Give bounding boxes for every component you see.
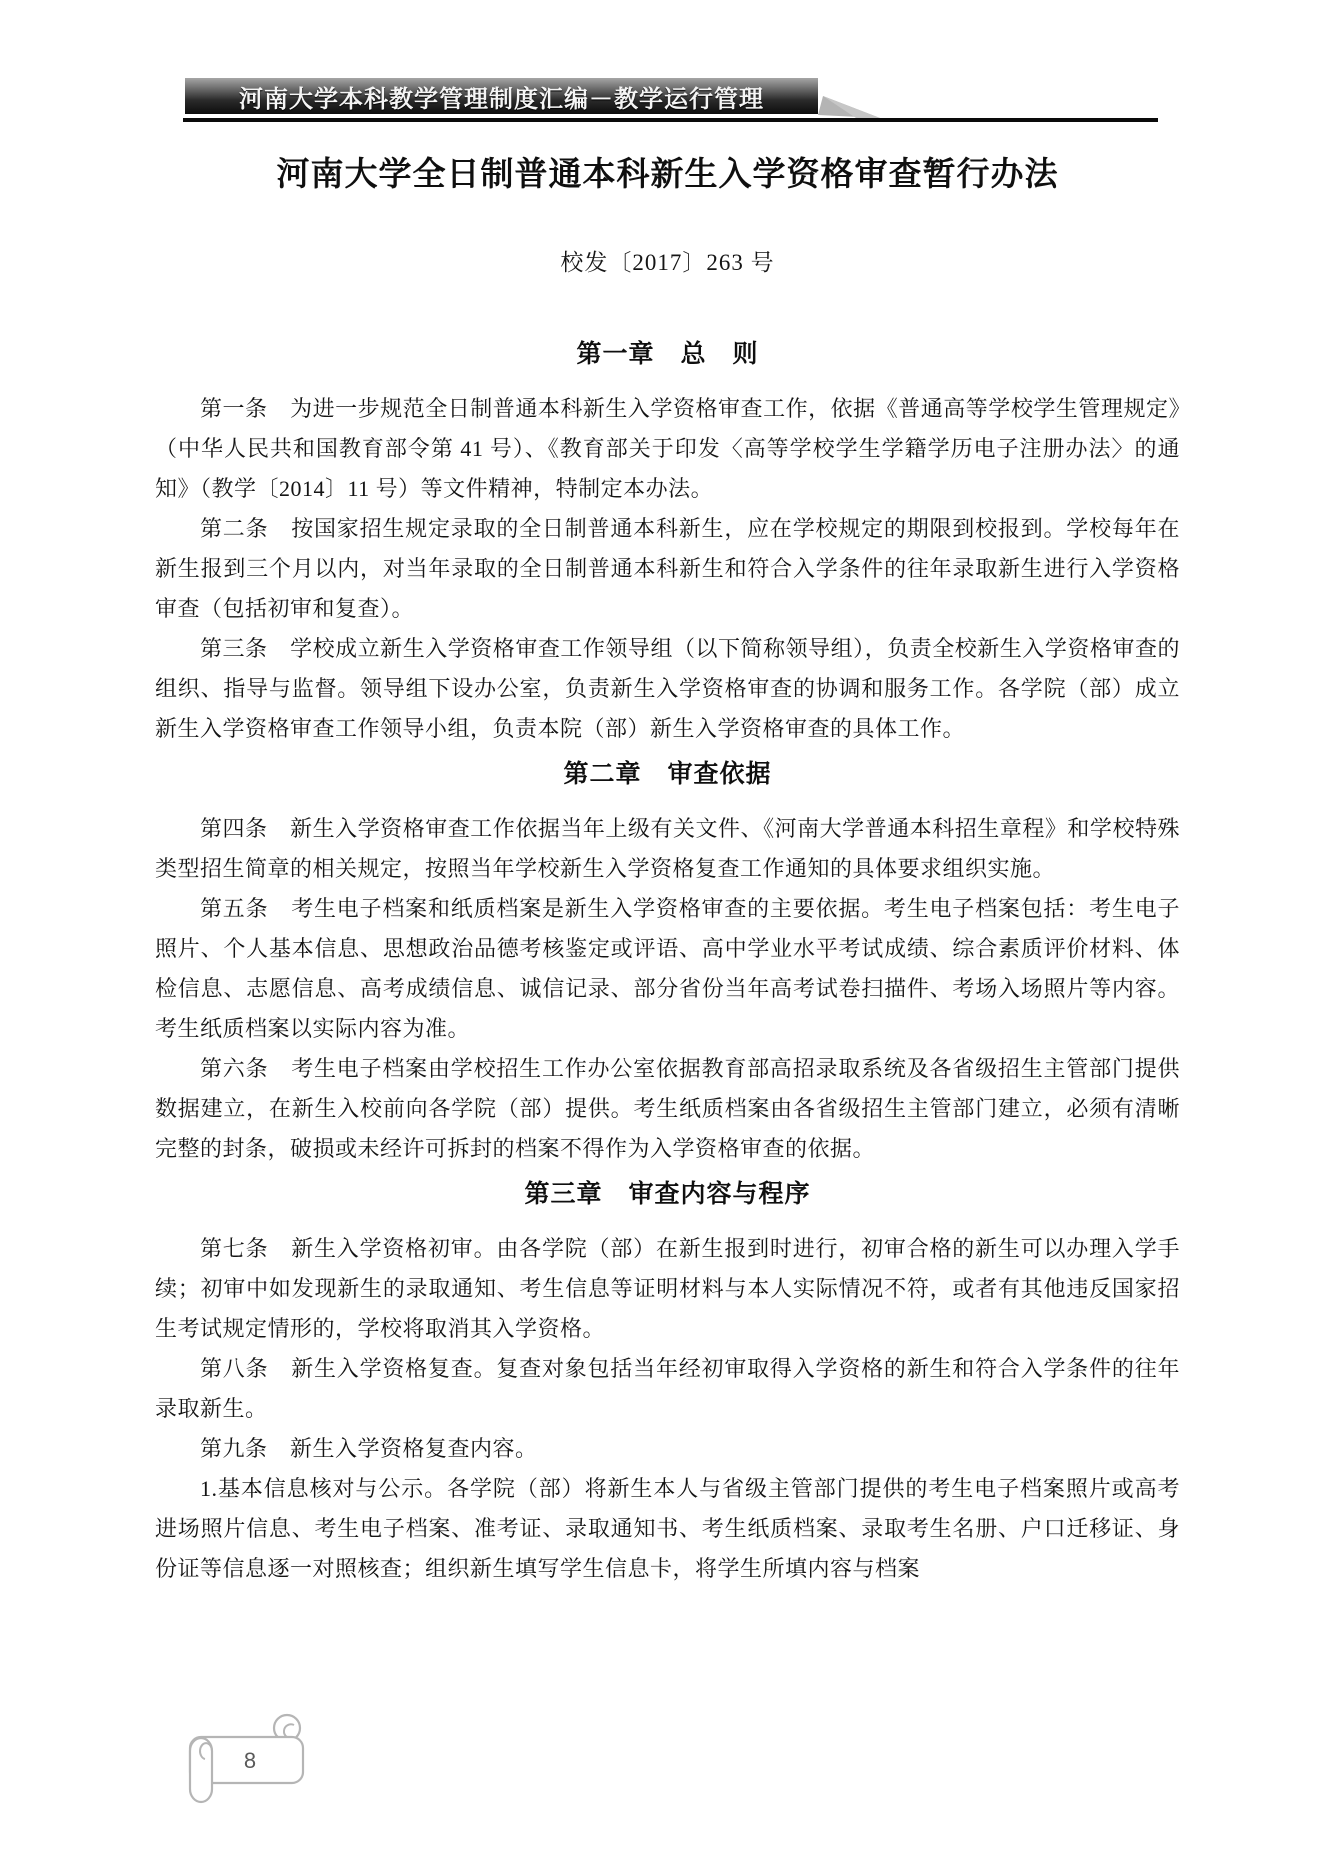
page-number: 8 <box>244 1748 256 1773</box>
paragraph-article-4: 第四条 新生入学资格审查工作依据当年上级有关文件、《河南大学普通本科招生章程》和… <box>155 809 1180 889</box>
paragraph-article-2: 第二条 按国家招生规定录取的全日制普通本科新生，应在学校规定的期限到校报到。学校… <box>155 509 1180 629</box>
header-rule-line <box>183 118 1158 122</box>
chapter-2-heading: 第二章 审查依据 <box>155 757 1180 791</box>
header-banner-title: 河南大学本科教学管理制度汇编－教学运行管理 <box>239 79 764 114</box>
page-number-scroll-icon: 8 <box>180 1710 315 1810</box>
paragraph-article-9: 第九条 新生入学资格复查内容。 <box>155 1429 1180 1469</box>
chapter-1-heading: 第一章 总 则 <box>155 337 1180 371</box>
banner-fold-arrow-icon <box>818 93 882 121</box>
paragraph-item-1: 1.基本信息核对与公示。各学院（部）将新生本人与省级主管部门提供的考生电子档案照… <box>155 1469 1180 1589</box>
document-number: 校发〔2017〕263 号 <box>155 247 1180 279</box>
paragraph-article-5: 第五条 考生电子档案和纸质档案是新生入学资格审查的主要依据。考生电子档案包括：考… <box>155 889 1180 1049</box>
paragraph-article-3: 第三条 学校成立新生入学资格审查工作领导组（以下简称领导组），负责全校新生入学资… <box>155 629 1180 749</box>
paragraph-article-1: 第一条 为进一步规范全日制普通本科新生入学资格审查工作，依据《普通高等学校学生管… <box>155 389 1180 509</box>
paragraph-article-8: 第八条 新生入学资格复查。复查对象包括当年经初审取得入学资格的新生和符合入学条件… <box>155 1349 1180 1429</box>
header-banner: 河南大学本科教学管理制度汇编－教学运行管理 <box>185 78 818 114</box>
document-content: 河南大学全日制普通本科新生入学资格审查暂行办法 校发〔2017〕263 号 第一… <box>155 135 1180 1589</box>
chapter-3-heading: 第三章 审查内容与程序 <box>155 1177 1180 1211</box>
paragraph-article-6: 第六条 考生电子档案由学校招生工作办公室依据教育部高招录取系统及各省级招生主管部… <box>155 1049 1180 1169</box>
document-title: 河南大学全日制普通本科新生入学资格审查暂行办法 <box>155 151 1180 197</box>
document-page: { "banner": { "text": "河南大学本科教学管理制度汇编－教学… <box>0 0 1323 1871</box>
paragraph-article-7: 第七条 新生入学资格初审。由各学院（部）在新生报到时进行，初审合格的新生可以办理… <box>155 1229 1180 1349</box>
